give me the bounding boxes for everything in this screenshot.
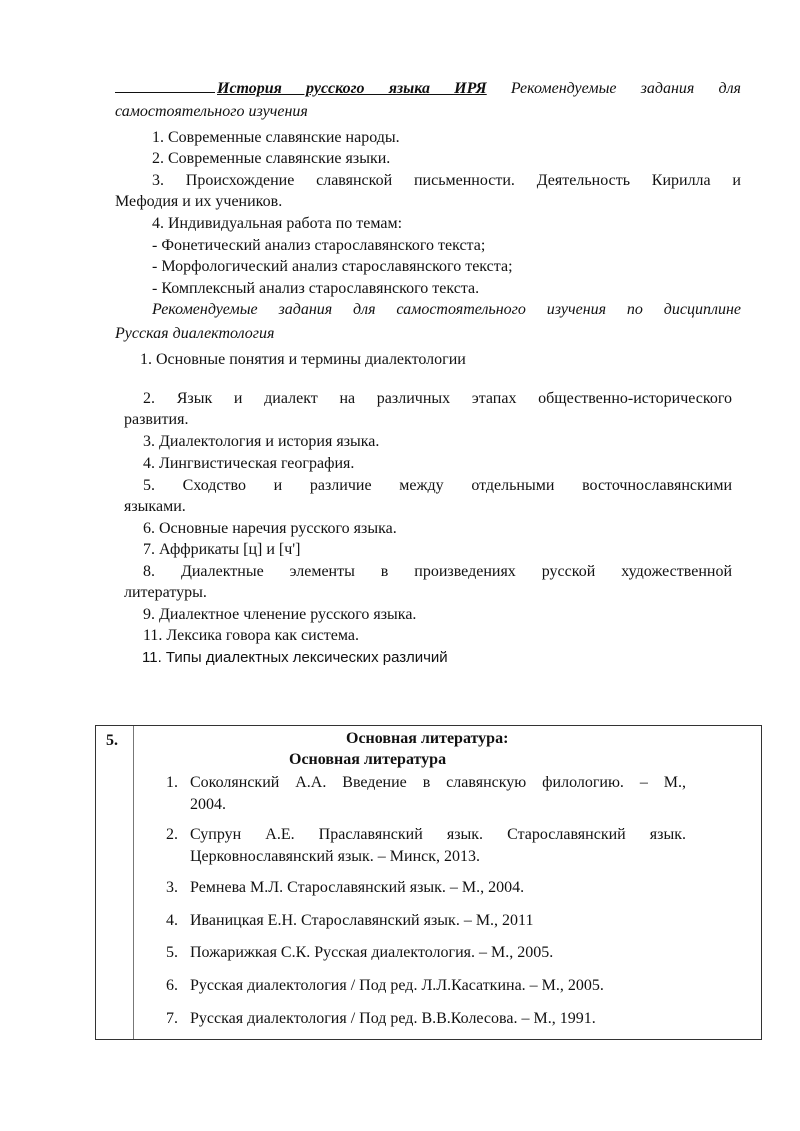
list-item: 1. Современные славянские народы. — [152, 128, 400, 148]
reference-item: 7.Русская диалектология / Под ред. В.В.К… — [166, 1008, 686, 1030]
title-underline-blank — [115, 78, 215, 93]
list-item: 2. Язык и диалект на различных этапах об… — [143, 389, 732, 409]
title-rest: Рекомендуемые задания для — [511, 80, 741, 97]
reference-item: 1.Соколянский А.А. Введение в славянскую… — [166, 772, 686, 816]
reference-number: 2. — [166, 824, 178, 846]
list-item-continuation: Мефодия и их учеников. — [115, 192, 282, 212]
reference-text: Соколянский А.А. Введение в славянскую ф… — [190, 772, 686, 794]
reference-text: 2004. — [190, 794, 686, 816]
reference-text: Ремнева М.Л. Старославянский язык. – М.,… — [190, 877, 686, 899]
list-item: 3. Происхождение славянской письменности… — [152, 171, 741, 191]
table-subheading: Основная литература — [289, 751, 446, 769]
reference-item: 6.Русская диалектология / Под ред. Л.Л.К… — [166, 975, 686, 997]
list-item-continuation: литературы. — [124, 583, 207, 603]
title-course-name: История русского языка ИРЯ — [217, 80, 487, 97]
reference-number: 3. — [166, 877, 178, 899]
reference-text: Супрун А.Е. Праславянский язык. Старосла… — [190, 824, 686, 846]
list-item: 6. Основные наречия русского языка. — [143, 519, 397, 539]
reference-text: Пожарижкая С.К. Русская диалектология. –… — [190, 942, 686, 964]
reference-text: Иваницкая Е.Н. Старославянский язык. – М… — [190, 910, 686, 932]
reference-item: 5.Пожарижкая С.К. Русская диалектология.… — [166, 942, 686, 964]
list-item: - Морфологический анализ старославянског… — [152, 257, 513, 277]
column-divider — [133, 726, 134, 1039]
section-heading: Рекомендуемые задания для самостоятельно… — [152, 300, 741, 320]
list-item: 8. Диалектные элементы в произведениях р… — [143, 562, 732, 582]
list-item-continuation: языками. — [124, 497, 186, 517]
reference-text: Церковнославянский язык. – Минск, 2013. — [190, 846, 686, 868]
title-line2: самостоятельного изучения — [115, 102, 308, 122]
reference-item: 4.Иваницкая Е.Н. Старославянский язык. –… — [166, 910, 686, 932]
list-item: 2. Современные славянские языки. — [152, 149, 390, 169]
list-item: 4. Лингвистическая география. — [143, 454, 354, 474]
list-item-continuation: развития. — [124, 410, 188, 430]
reference-number: 5. — [166, 942, 178, 964]
reference-item: 3.Ремнева М.Л. Старославянский язык. – М… — [166, 877, 686, 899]
literature-table: 5. Основная литература: Основная литерат… — [95, 725, 762, 1040]
row-number: 5. — [106, 732, 118, 750]
list-item: - Комплексный анализ старославянского те… — [152, 279, 479, 299]
reference-item: 2.Супрун А.Е. Праславянский язык. Старос… — [166, 824, 686, 868]
list-item: 5. Сходство и различие между отдельными … — [143, 476, 732, 496]
reference-number: 7. — [166, 1008, 178, 1030]
reference-number: 6. — [166, 975, 178, 997]
list-item: - Фонетический анализ старославянского т… — [152, 236, 485, 256]
reference-text: Русская диалектология / Под ред. В.В.Кол… — [190, 1008, 686, 1030]
document-title: История русского языка ИРЯ Рекомендуемые… — [115, 78, 741, 99]
list-item: 9. Диалектное членение русского языка. — [143, 605, 416, 625]
list-item: 3. Диалектология и история языка. — [143, 432, 379, 452]
reference-number: 1. — [166, 772, 178, 794]
section-heading-line2: Русская диалектология — [115, 324, 274, 344]
list-item: 4. Индивидуальная работа по темам: — [152, 214, 402, 234]
reference-text: Русская диалектология / Под ред. Л.Л.Кас… — [190, 975, 686, 997]
list-item: 11. Типы диалектных лексических различий — [142, 648, 448, 668]
table-heading: Основная литература: — [346, 730, 508, 748]
reference-number: 4. — [166, 910, 178, 932]
list-item: 7. Аффрикаты [ц] и [ч'] — [143, 540, 300, 560]
list-item: 1. Основные понятия и термины диалектоло… — [140, 350, 466, 370]
list-item: 11. Лексика говора как система. — [143, 626, 359, 646]
